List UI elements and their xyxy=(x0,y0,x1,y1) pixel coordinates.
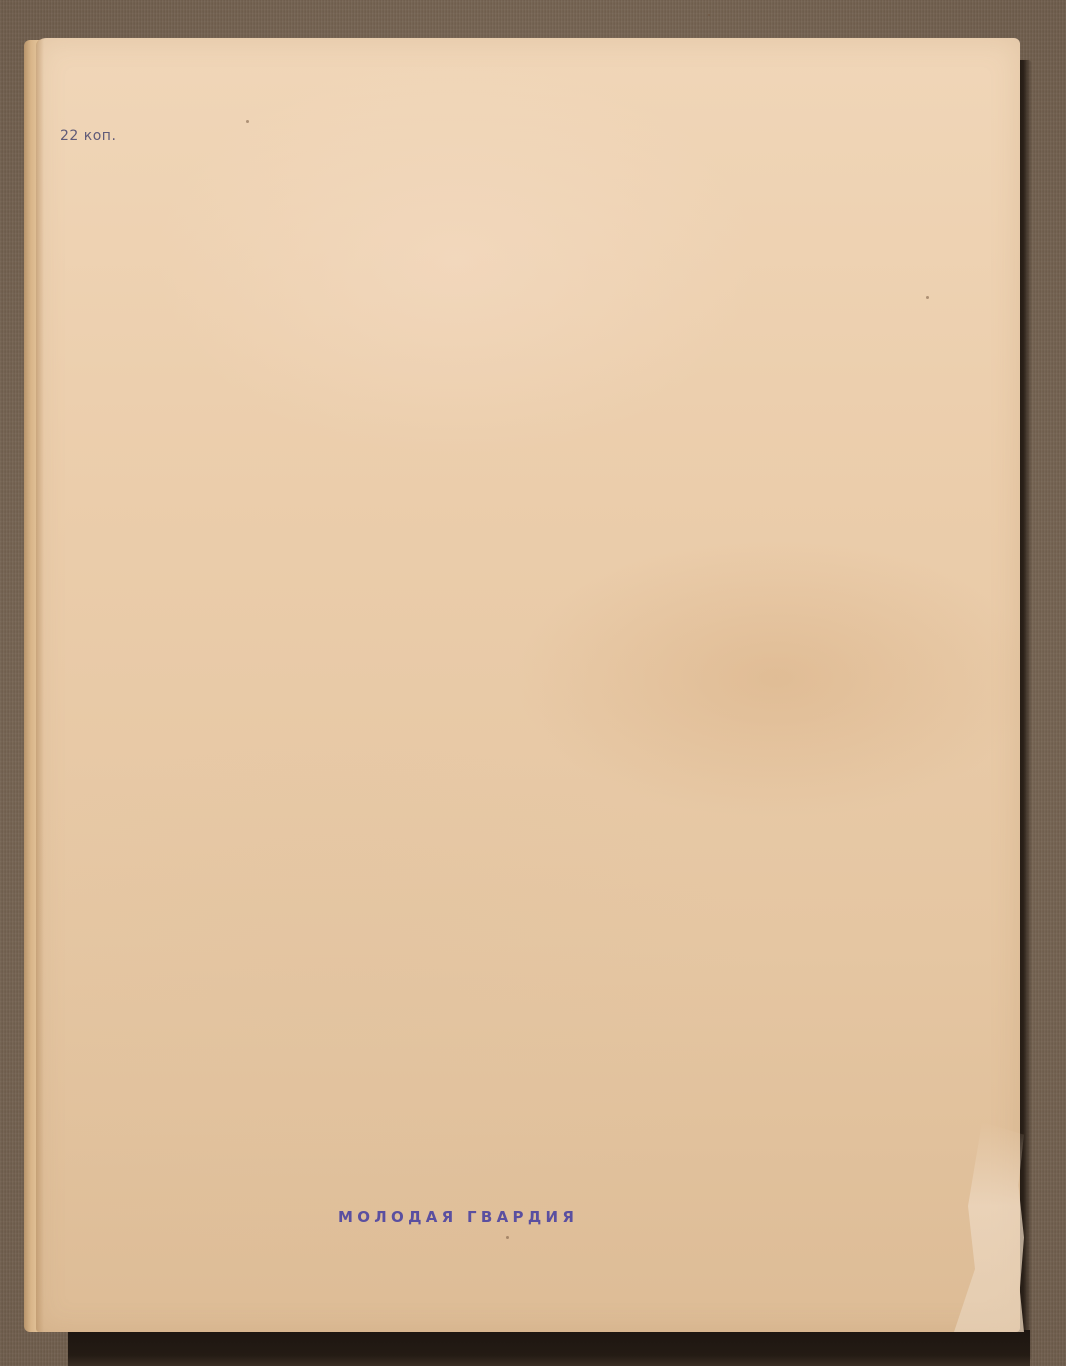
book-back-cover: 22 коп. МОЛОДАЯ ГВАРДИЯ xyxy=(36,38,1020,1332)
paper-speck xyxy=(506,1236,509,1239)
cover-spine-edge xyxy=(36,38,44,1332)
book-shadow-bottom xyxy=(68,1330,1030,1366)
publisher-name: МОЛОДАЯ ГВАРДИЯ xyxy=(338,1208,578,1226)
paper-speck xyxy=(926,296,929,299)
worn-corner xyxy=(954,1122,1024,1332)
paper-speck xyxy=(246,120,249,123)
price-label: 22 коп. xyxy=(60,128,116,144)
paper-speck xyxy=(708,14,710,16)
